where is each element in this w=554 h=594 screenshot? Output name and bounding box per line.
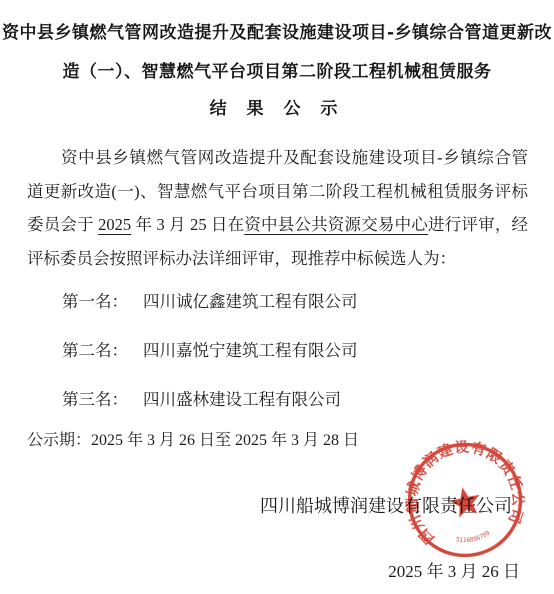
company-name: 四川盛林建设工程有限公司 <box>143 390 341 409</box>
document-subtitle: 结 果 公 示 <box>0 94 554 119</box>
seal-ring-text: 四川船城博润建设有限责任公司 <box>394 429 534 550</box>
seal-number: 5116856789 <box>454 529 492 547</box>
evaluation-paragraph: 资中县乡镇燃气管网改造提升及配套设施建设项目-乡镇综合管道更新改造(一)、智慧燃… <box>27 141 528 275</box>
winner-row-first: 第一名：四川诚亿鑫建筑工程有限公司 <box>62 288 358 312</box>
rank-label: 第二名： <box>62 341 128 360</box>
evaluation-year-underlined: 2025 <box>98 215 131 234</box>
seal-star-icon <box>447 484 483 519</box>
document-title-line2: 造（一）、智慧燃气平台项目第二阶段工程机械租赁服务 <box>0 57 554 82</box>
rank-label: 第一名： <box>62 292 128 311</box>
company-name: 四川嘉悦宁建筑工程有限公司 <box>143 341 358 360</box>
winner-row-third: 第三名：四川盛林建设工程有限公司 <box>62 386 341 410</box>
publicity-period: 公示期：2025 年 3 月 26 日至 2025 年 3 月 28 日 <box>27 427 359 450</box>
document-page: 资中县乡镇燃气管网改造提升及配套设施建设项目-乡镇综合管道更新改 造（一）、智慧… <box>0 0 554 594</box>
company-seal: 四川船城博润建设有限责任公司 5116856789 <box>394 429 536 571</box>
seal-number-textpath: 5116856789 <box>454 529 492 547</box>
winner-row-second: 第二名：四川嘉悦宁建筑工程有限公司 <box>62 337 358 361</box>
evaluation-venue-underlined: 资中县公共资源交易中心 <box>244 215 428 234</box>
company-name: 四川诚亿鑫建筑工程有限公司 <box>143 292 358 311</box>
rank-label: 第三名： <box>62 390 128 409</box>
seal-ring-textpath: 四川船城博润建设有限责任公司 <box>394 429 534 550</box>
document-title-line1: 资中县乡镇燃气管网改造提升及配套设施建设项目-乡镇综合管道更新改 <box>0 18 554 43</box>
paragraph-segment-2: 年 3 月 25 日在 <box>131 215 244 234</box>
